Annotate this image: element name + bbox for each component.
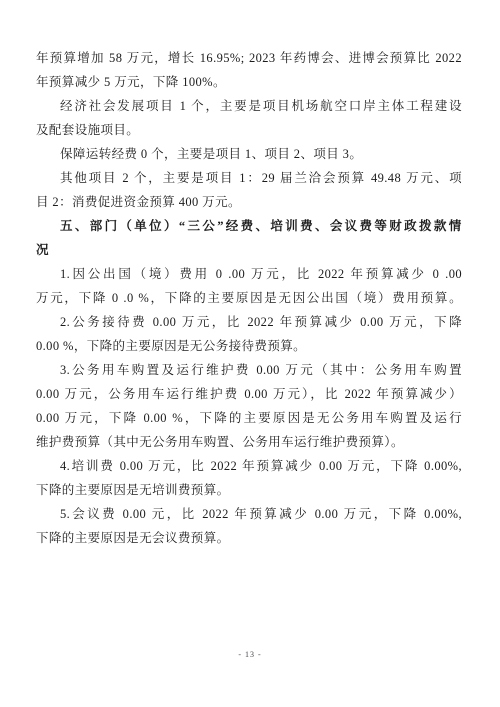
text-line: 1.因公出国（境）费用 0 .00 万元，比 2022 年预算减少 0 .00 (36, 262, 462, 286)
text-line: 年预算减少 5 万元，下降 100%。 (36, 70, 462, 94)
text-line: 目 2：消费促进资金预算 400 万元。 (36, 190, 462, 214)
text-line: 3.公务用车购置及运行维护费 0.00 万元（其中：公务用车购置 (36, 358, 462, 382)
text-line: 其他项目 2 个，主要是项目 1：29 届兰洽会预算 49.48 万元、项 (36, 166, 462, 190)
text-line: 下降的主要原因是无会议费预算。 (36, 526, 462, 550)
text-line: 及配套设施项目。 (36, 118, 462, 142)
text-line: 0.00 %，下降的主要原因是无公务接待费预算。 (36, 334, 462, 358)
text-line: 况 (36, 238, 462, 262)
text-line: 0.00 万元，公务用车运行维护费 0.00 万元），比 2022 年预算减少） (36, 382, 462, 406)
text-line: 4.培训费 0.00 万元，比 2022 年预算减少 0.00 万元，下降 0.… (36, 454, 462, 478)
text-line: 5.会议费 0.00 元，比 2022 年预算减少 0.00 万元，下降 0.0… (36, 502, 462, 526)
text-line: 年预算增加 58 万元，增长 16.95%; 2023 年药博会、进博会预算比 … (36, 46, 462, 70)
text-line: 0.00 万元，下降 0.00 %，下降的主要原因是无公务用车购置及运行 (36, 406, 462, 430)
text-line: 经济社会发展项目 1 个，主要是项目机场航空口岸主体工程建设 (36, 94, 462, 118)
text-line: 下降的主要原因是无培训费预算。 (36, 478, 462, 502)
text-line: 保障运转经费 0 个，主要是项目 1、项目 2、项目 3。 (36, 142, 462, 166)
text-line: 五、部门（单位）“三公”经费、培训费、会议费等财政拨款情 (36, 214, 462, 238)
document-page: 年预算增加 58 万元，增长 16.95%; 2023 年药博会、进博会预算比 … (0, 0, 500, 707)
document-text: 年预算增加 58 万元，增长 16.95%; 2023 年药博会、进博会预算比 … (36, 46, 462, 550)
page-number: - 13 - (0, 650, 500, 659)
text-line: 万元，下降 0 .0 %，下降的主要原因是无因公出国（境）费用预算。 (36, 286, 462, 310)
text-line: 维护费预算（其中无公务用车购置、公务用车运行维护费预算）。 (36, 430, 462, 454)
text-line: 2.公务接待费 0.00 万元，比 2022 年预算减少 0.00 万元，下降 (36, 310, 462, 334)
